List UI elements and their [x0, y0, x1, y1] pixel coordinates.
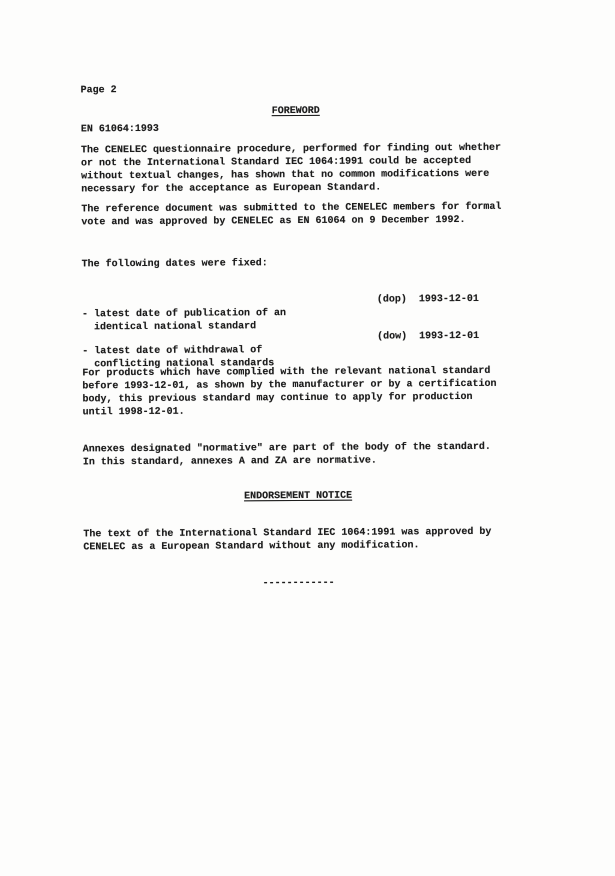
endorsement-section-title: ENDORSEMENT NOTICE: [83, 489, 513, 505]
foreword-section-title: FOREWORD: [81, 104, 511, 120]
date-item-dop-value: 1993-12-01: [419, 293, 479, 306]
end-of-text-dashes: ------------: [84, 576, 514, 592]
paragraph-questionnaire: The CENELEC questionnaire procedure, per…: [81, 142, 501, 197]
paragraph-products-transition: For products which have complied with th…: [82, 365, 496, 420]
standard-reference: EN 61064:1993: [81, 123, 159, 136]
date-item-dow-code: (dow): [377, 330, 407, 343]
foreword-title-text: FOREWORD: [272, 106, 320, 117]
date-item-dop-code: (dop): [377, 293, 407, 306]
paragraph-endorsement: The text of the International Standard I…: [83, 526, 491, 554]
paragraph-annexes: Annexes designated "normative" are part …: [83, 441, 491, 469]
date-item-dow-value: 1993-12-01: [419, 330, 479, 343]
dates-intro: The following dates were fixed:: [82, 257, 268, 271]
page-content: Page 2 EN 61064:1993 FOREWORD The CENELE…: [0, 0, 615, 876]
scanned-document-page: Page 2 EN 61064:1993 FOREWORD The CENELE…: [0, 0, 615, 876]
page-number: Page 2: [81, 84, 159, 97]
endorsement-title-text: ENDORSEMENT NOTICE: [244, 491, 352, 503]
paragraph-reference-vote: The reference document was submitted to …: [81, 201, 501, 230]
